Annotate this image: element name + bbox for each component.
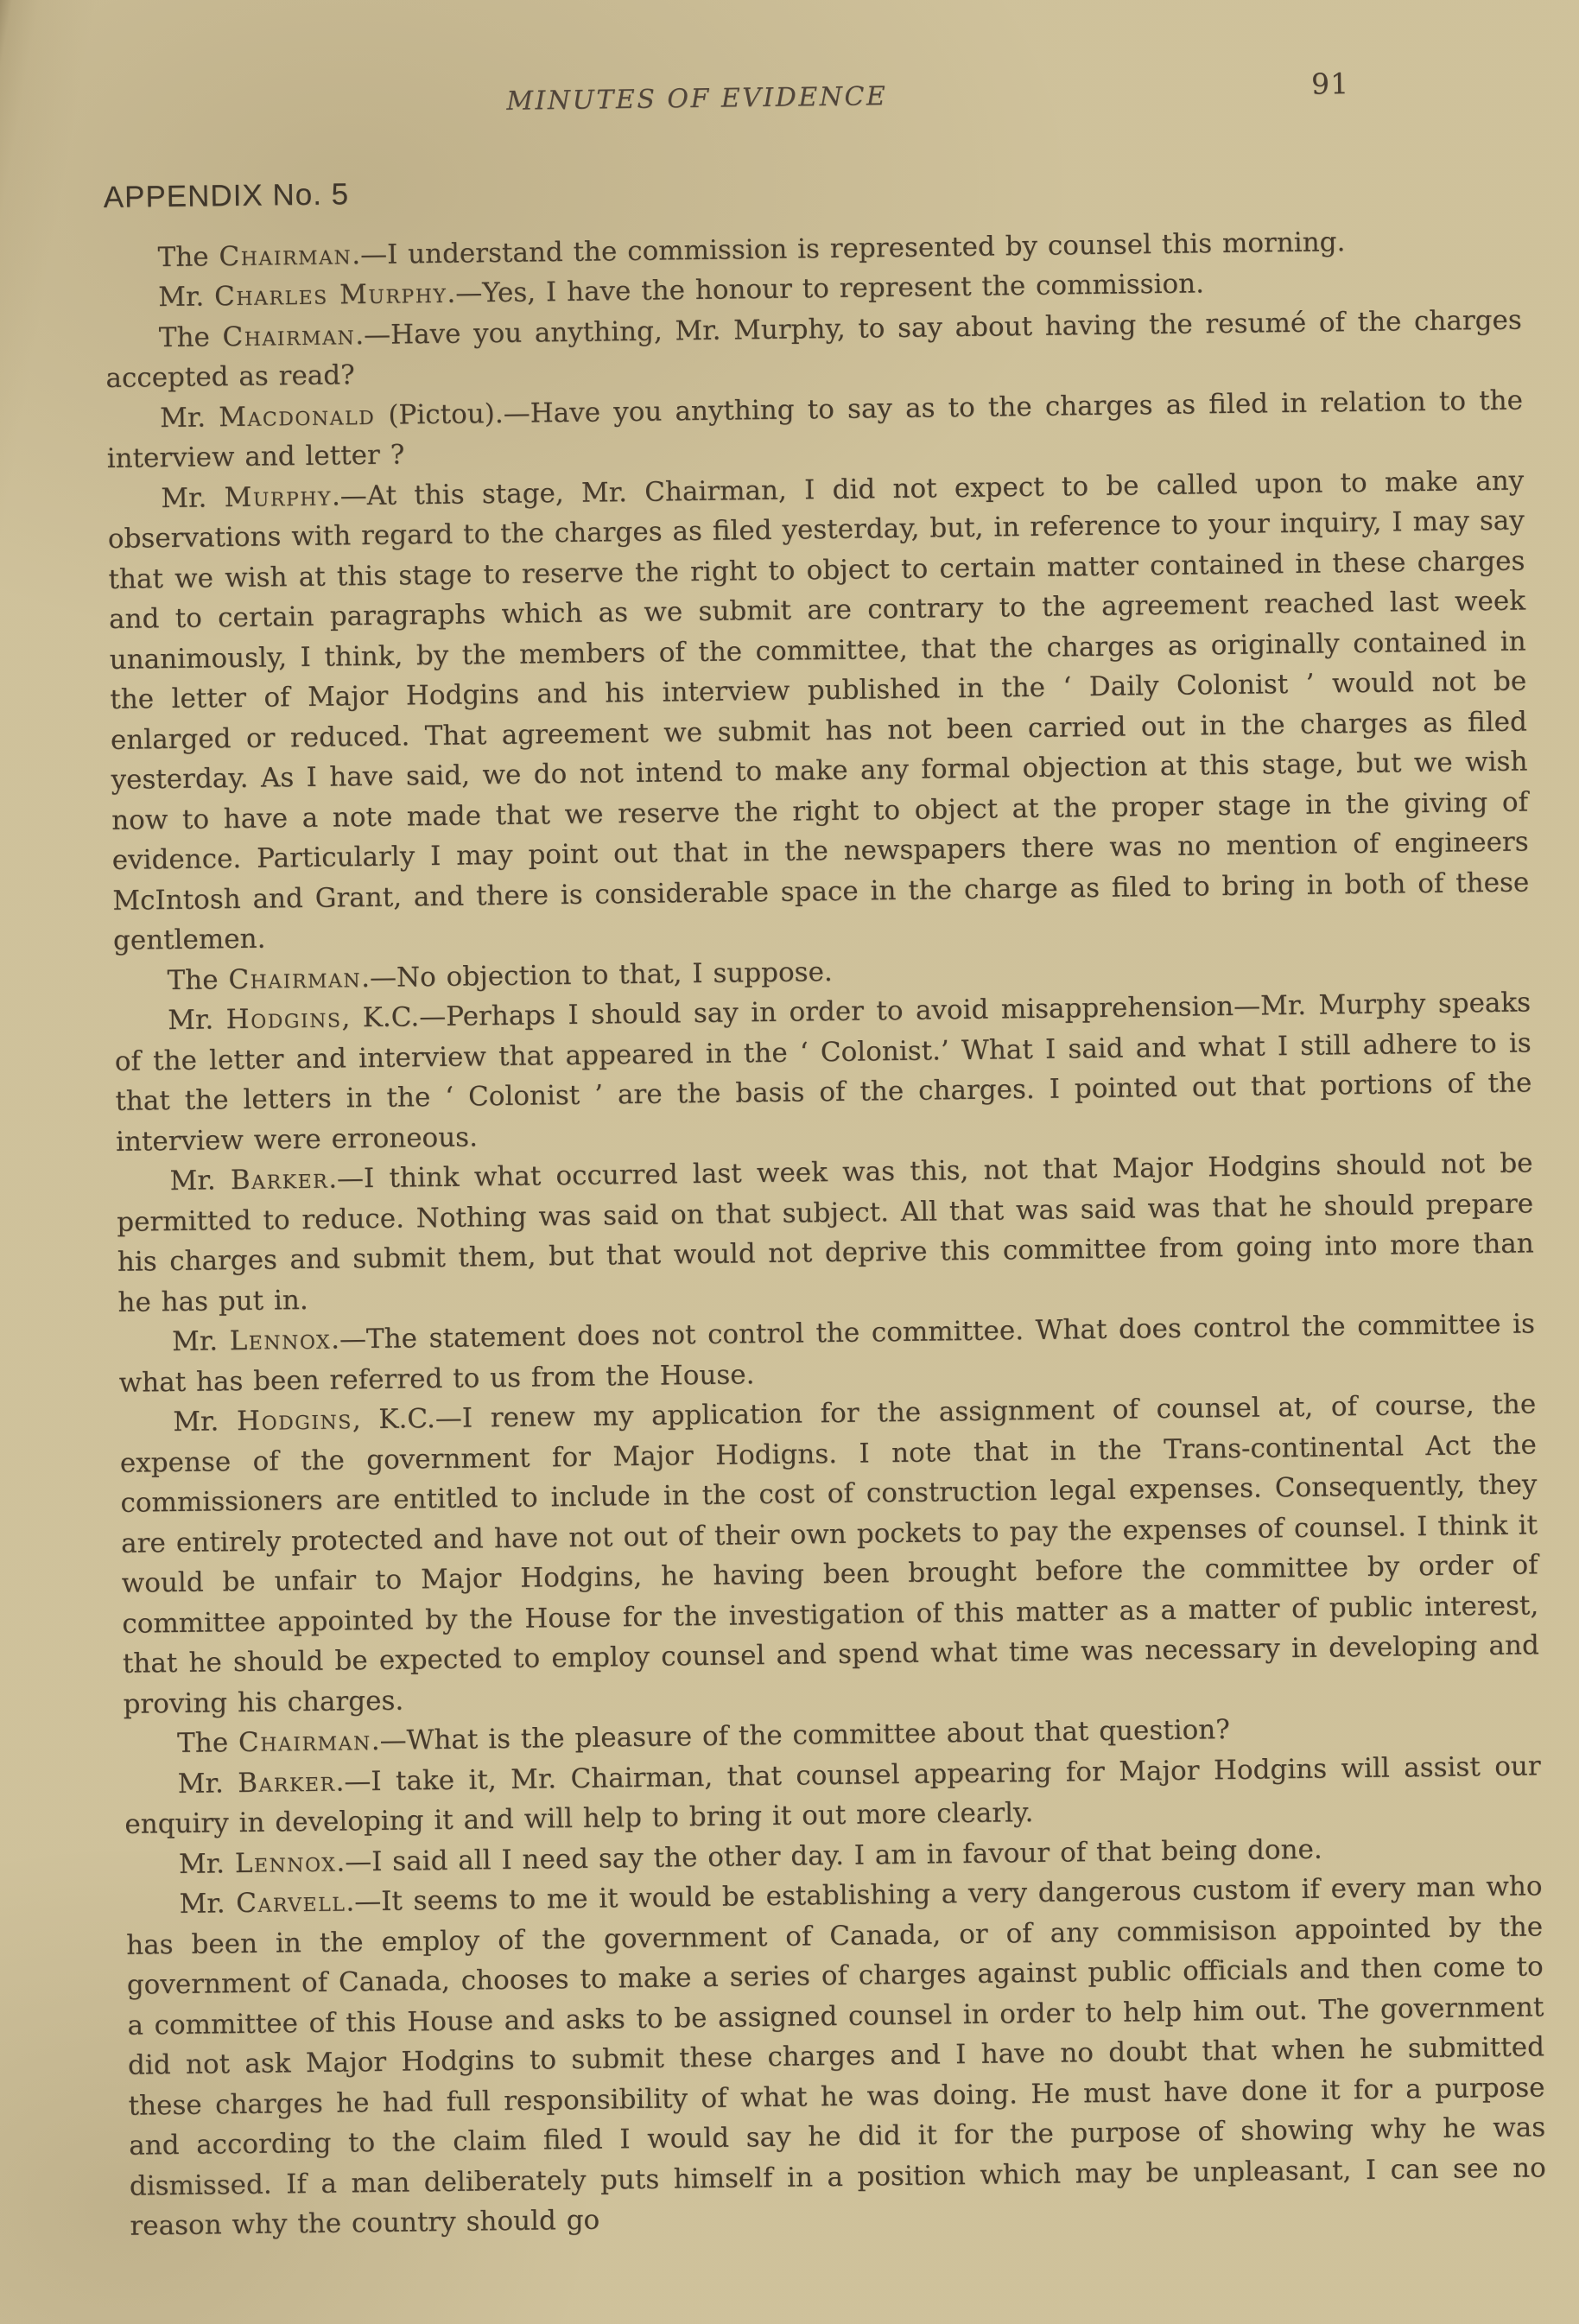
paragraph-body: .—I take it, Mr. Chairman, that counsel … <box>124 1750 1541 1840</box>
speaker-name: Lennox <box>235 1846 337 1879</box>
speaker-lead: Mr. <box>158 281 214 313</box>
speaker-name: Hodgins <box>237 1404 352 1437</box>
page-number: 91 <box>1311 62 1350 105</box>
paragraph-body: , K.C.—I renew my application for the as… <box>120 1388 1539 1719</box>
speaker-lead: Mr. <box>172 1325 230 1357</box>
speaker-name: Murphy <box>224 480 332 513</box>
speaker-name: Chairman <box>228 962 361 995</box>
speaker-name: Chairman <box>219 239 352 272</box>
speaker-name: Barker <box>231 1164 329 1196</box>
speaker-lead: Mr. <box>161 482 225 514</box>
speaker-lead: The <box>167 964 228 996</box>
transcript-paragraph: Mr. Murphy.—At this stage, Mr. Chairman,… <box>107 460 1530 961</box>
paragraph-body: .—The statement does not control the com… <box>118 1308 1535 1398</box>
transcript-paragraph: Mr. Barker.—I think what occurred last w… <box>116 1143 1534 1322</box>
transcript: The Chairman.—I understand the commissio… <box>104 219 1546 2246</box>
speaker-lead: Mr. <box>179 1848 235 1880</box>
transcript-paragraph: Mr. Carvell.—It seems to me it would be … <box>125 1866 1546 2246</box>
speaker-name: Barker <box>238 1766 336 1798</box>
speaker-lead: The <box>177 1727 238 1759</box>
paragraph-body: .—I think what occurred last week was th… <box>117 1147 1534 1318</box>
speaker-lead: The <box>157 241 219 273</box>
speaker-name: Lennox <box>229 1324 331 1357</box>
speaker-name: Macdonald <box>219 399 375 432</box>
running-head-title: MINUTES OF EVIDENCE <box>506 77 888 121</box>
paragraph-body: .—No objection to that, I suppose. <box>361 956 833 994</box>
speaker-name: Chairman <box>222 320 355 352</box>
page-header: MINUTES OF EVIDENCE 91 <box>102 64 1519 175</box>
paragraph-body: .—It seems to me it would be establishin… <box>126 1870 1546 2241</box>
speaker-name: Chairman <box>238 1725 371 1758</box>
paragraph-body: .—At this stage, Mr. Chairman, I did not… <box>108 465 1530 956</box>
transcript-paragraph: Mr. Hodgins, K.C.—I renew my application… <box>119 1384 1540 1724</box>
speaker-name: Charles Murphy <box>214 278 447 313</box>
paragraph-body: .—Yes, I have the honour to represent th… <box>447 268 1204 308</box>
speaker-lead: Mr. <box>168 1004 226 1036</box>
transcript-paragraph: Mr. Hodgins, K.C.—Perhaps I should say i… <box>114 982 1532 1161</box>
speaker-lead: Mr. <box>179 1888 236 1920</box>
page-content: MINUTES OF EVIDENCE 91 APPENDIX No. 5 Th… <box>102 64 1547 2247</box>
speaker-lead: Mr. <box>169 1165 231 1197</box>
speaker-name: Hodgins <box>225 1002 341 1035</box>
scanned-page: MINUTES OF EVIDENCE 91 APPENDIX No. 5 Th… <box>0 0 1579 2324</box>
speaker-lead: The <box>159 321 223 353</box>
speaker-lead: Mr. <box>178 1768 238 1800</box>
speaker-lead: Mr. <box>173 1406 237 1438</box>
speaker-name: Carvell <box>236 1886 346 1919</box>
paragraph-body: .—What is the pleasure of the committee … <box>371 1714 1230 1756</box>
speaker-lead: Mr. <box>160 402 219 434</box>
